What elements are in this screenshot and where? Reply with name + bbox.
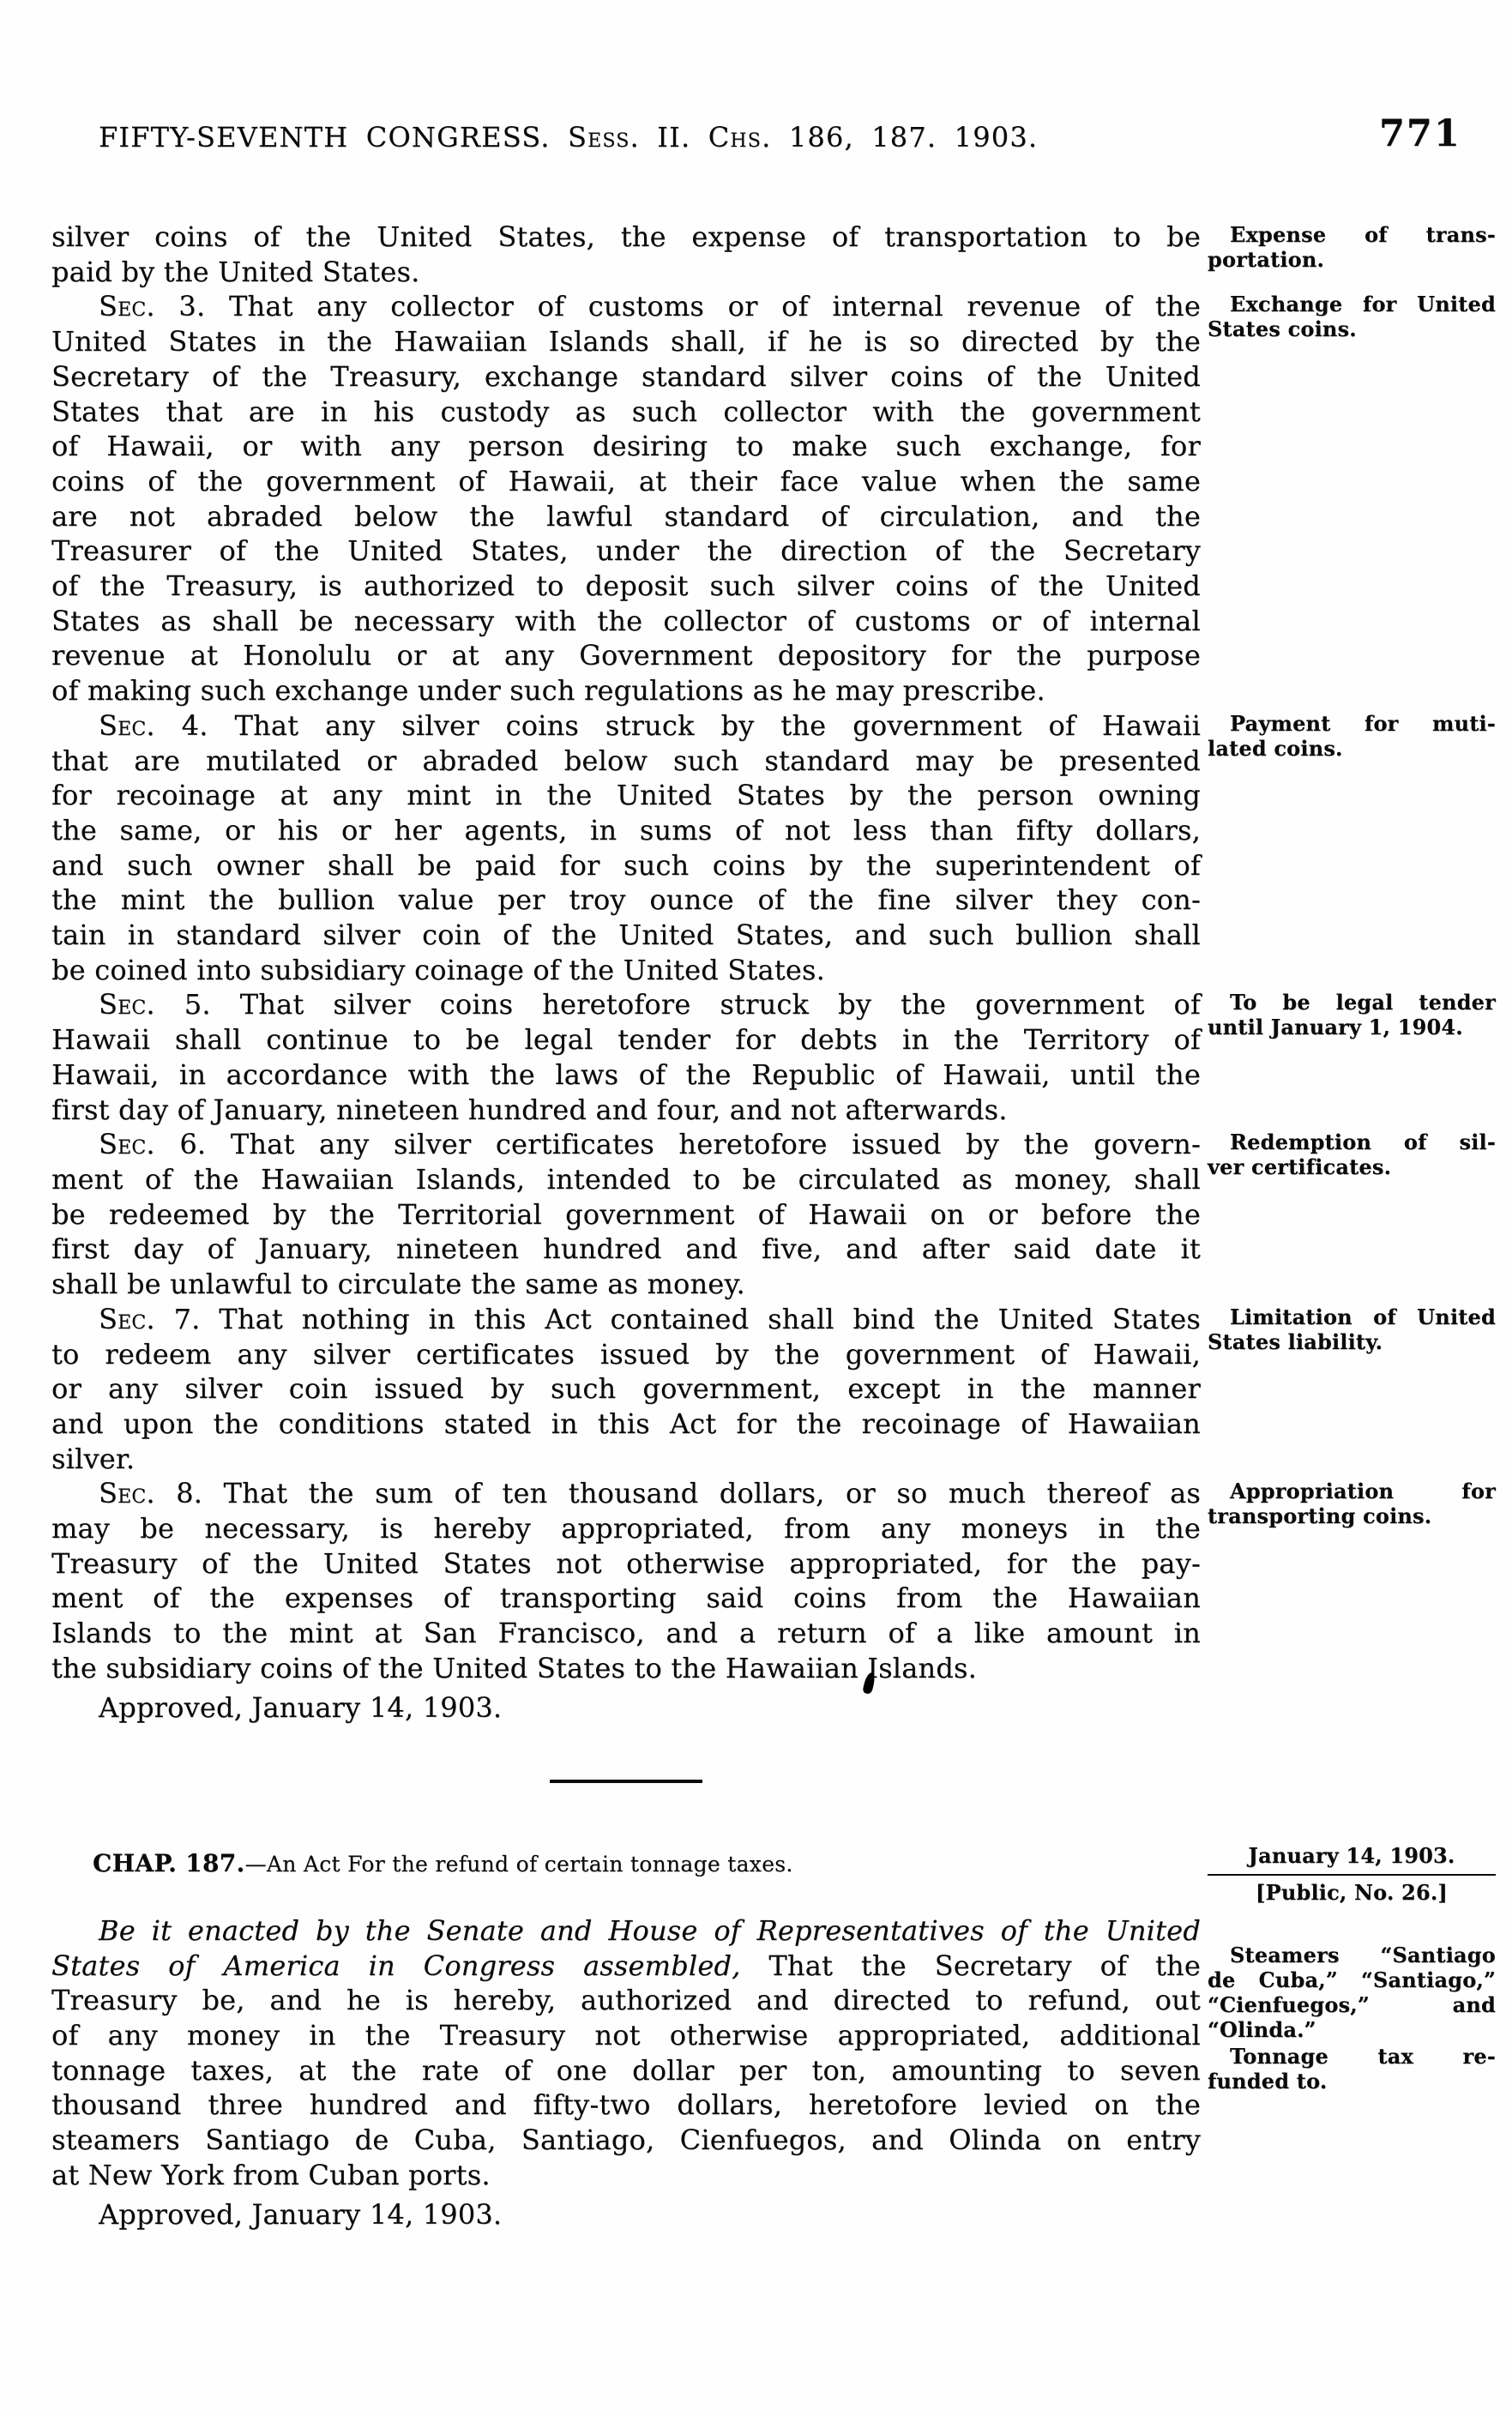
- margin-note-tonnage-tax: Tonnage tax re-funded to.: [1208, 2044, 1496, 2094]
- running-header-title: FIFTY-SEVENTH CONGRESS. Sess. II. Chs. 1…: [99, 121, 1038, 154]
- chapter-187-margin: January 14, 1903. [Public, No. 26.] Stea…: [1208, 1843, 1496, 2094]
- page-number: 771: [1379, 112, 1461, 155]
- section-5: Sec. 5. That silver coins heretofore str…: [51, 987, 1201, 1127]
- margin-note-appropriation-for-transporting: Appropriation fortransporting coins.: [1208, 1479, 1496, 1528]
- paragraph-text: Sec. 8. That the sum of ten thousand dol…: [51, 1476, 1201, 1685]
- approval-line-chap186: Approved, January 14, 1903.: [51, 1690, 1201, 1726]
- paragraph-text: Sec. 6. That any silver certificates her…: [51, 1127, 1201, 1302]
- section-3: Sec. 3. That any collector of customs or…: [51, 289, 1201, 708]
- margin-note-limitation-of-us-liability: Limitation of UnitedStates liability.: [1208, 1304, 1496, 1354]
- margin-note-payment-for-mutilated-coins: Payment for muti-lated coins.: [1208, 711, 1496, 761]
- paragraph-text: Sec. 7. That nothing in this Act contain…: [51, 1302, 1201, 1477]
- margin-note-exchange-for-us-coins: Exchange for UnitedStates coins.: [1208, 292, 1496, 341]
- margin-public-number: [Public, No. 26.]: [1208, 1880, 1496, 1905]
- paragraph-text: Sec. 3. That any collector of customs or…: [51, 289, 1201, 708]
- margin-note-redemption-of-silver-certificates: Redemption of sil-ver certificates.: [1208, 1130, 1496, 1179]
- statute-page: FIFTY-SEVENTH CONGRESS. Sess. II. Chs. 1…: [0, 0, 1512, 2410]
- paragraph-text: Sec. 5. That silver coins heretofore str…: [51, 987, 1201, 1127]
- page-body: silver coins of the United States, the e…: [51, 220, 1201, 2232]
- paragraph-text: silver coins of the United States, the e…: [51, 220, 1201, 289]
- running-header: FIFTY-SEVENTH CONGRESS. Sess. II. Chs. 1…: [51, 121, 1475, 154]
- section-6: Sec. 6. That any silver certificates her…: [51, 1127, 1201, 1302]
- approval-line-chap187: Approved, January 14, 1903.: [51, 2197, 1201, 2232]
- chapter-187-heading: CHAP. 187.—An Act For the refund of cert…: [51, 1847, 1201, 1883]
- margin-note-expense-of-transportation: Expense of trans-portation.: [1208, 222, 1496, 272]
- chapter-187: CHAP. 187.—An Act For the refund of cert…: [51, 1847, 1201, 2232]
- section-8: Sec. 8. That the sum of ten thousand dol…: [51, 1476, 1201, 1685]
- enacting-paragraph: Be it enacted by the Senate and House of…: [51, 1913, 1201, 2193]
- margin-date-rule: [1208, 1874, 1496, 1876]
- paragraph-text: Approved, January 14, 1903.: [51, 1690, 1201, 1726]
- margin-note-steamers: Steamers “Santiagode Cuba,” “Santiago,”“…: [1208, 1943, 1496, 2042]
- chapter-divider-rule: [550, 1780, 702, 1783]
- section2-continuation: silver coins of the United States, the e…: [51, 220, 1201, 289]
- section-7: Sec. 7. That nothing in this Act contain…: [51, 1302, 1201, 1477]
- paragraph-text: Sec. 4. That any silver coins struck by …: [51, 708, 1201, 988]
- section-4: Sec. 4. That any silver coins struck by …: [51, 708, 1201, 988]
- margin-date: January 14, 1903.: [1208, 1843, 1496, 1868]
- margin-note-legal-tender-until-1904: To be legal tenderuntil January 1, 1904.: [1208, 990, 1496, 1039]
